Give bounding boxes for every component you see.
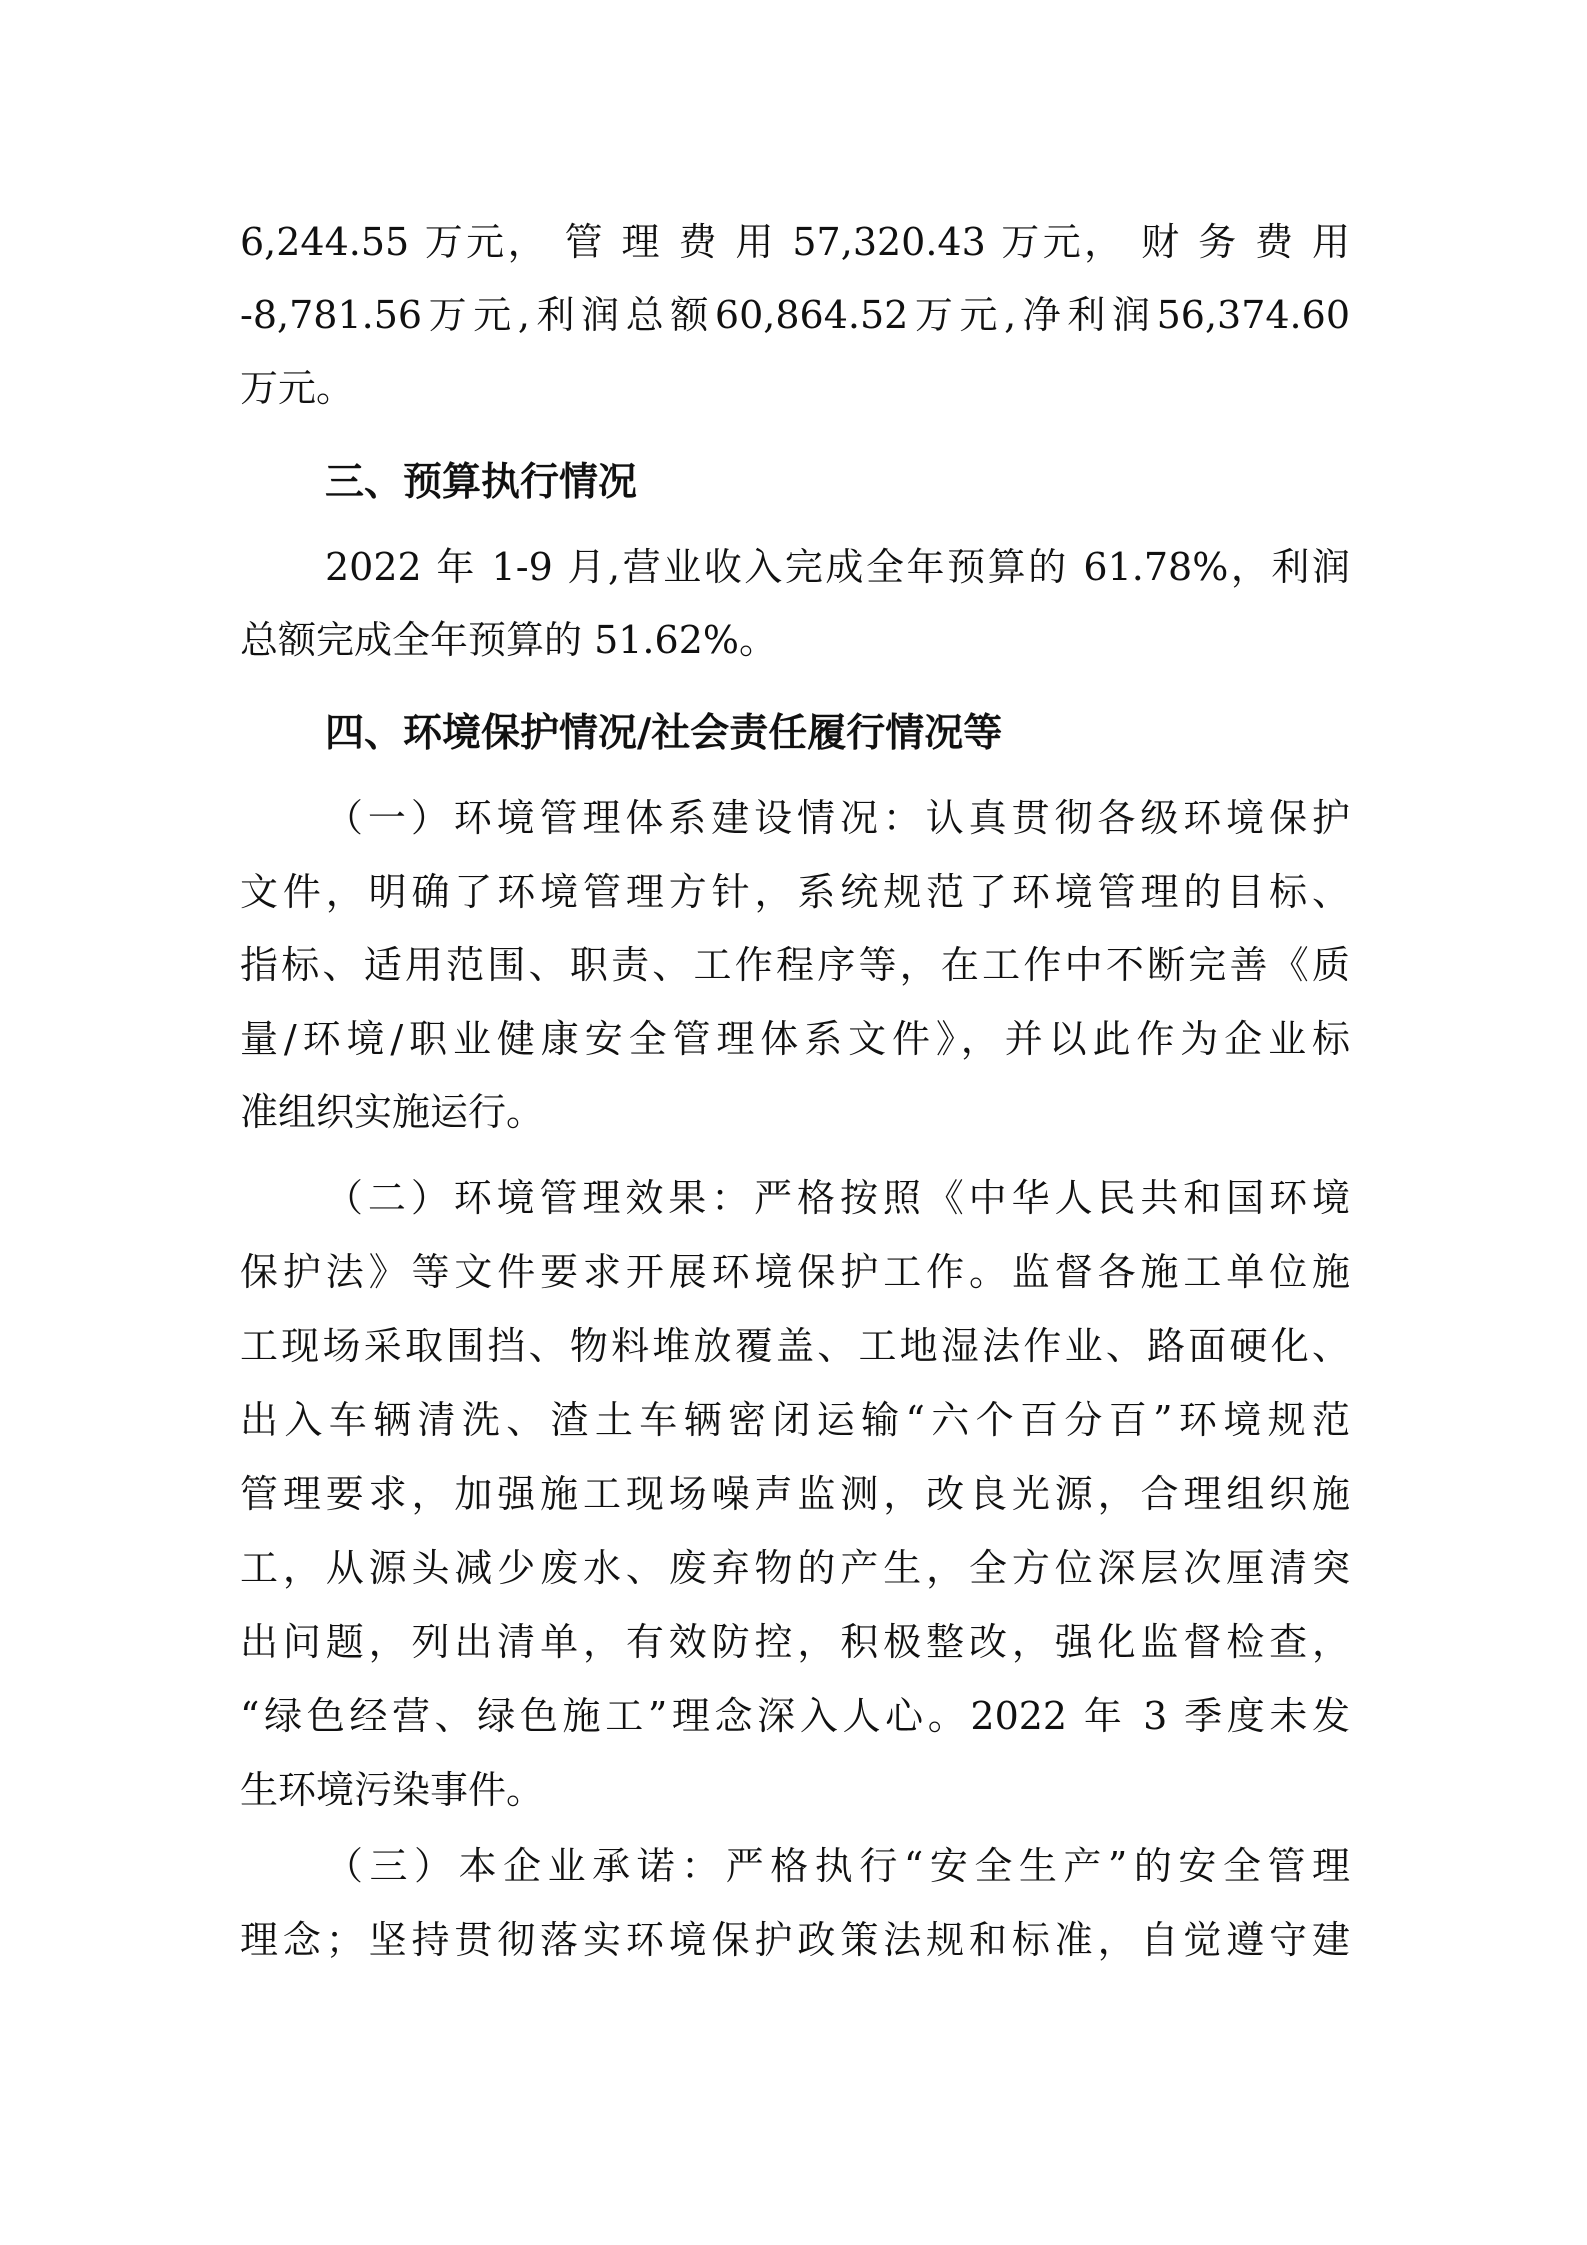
body-line: 指标、适用范围、职责、工作程序等，在工作中不断完善《质 <box>240 937 1350 993</box>
document-page: 6,244.55 万元， 管 理 费 用 57,320.43 万元， 财 务 费… <box>0 0 1587 2245</box>
body-line: 万元。 <box>240 360 1350 416</box>
section-heading-budget-execution: 三、预算执行情况 <box>325 455 1350 511</box>
body-line: （一）环境管理体系建设情况：认真贯彻各级环境保护 <box>325 790 1350 846</box>
body-line: 保护法》等文件要求开展环境保护工作。监督各施工单位施 <box>240 1244 1350 1300</box>
body-line: 2022 年 1-9 月,营业收入完成全年预算的 61.78%，利润 <box>325 539 1350 595</box>
body-line: 量/环境/职业健康安全管理体系文件》，并以此作为企业标 <box>240 1011 1350 1067</box>
body-line: （二）环境管理效果：严格按照《中华人民共和国环境 <box>325 1170 1350 1226</box>
body-line: 总额完成全年预算的 51.62%。 <box>240 612 1350 668</box>
body-line: 理念；坚持贯彻落实环境保护政策法规和标准，自觉遵守建 <box>240 1912 1350 1968</box>
body-line: 工现场采取围挡、物料堆放覆盖、工地湿法作业、路面硬化、 <box>240 1318 1350 1374</box>
section-heading-environment-social-responsibility: 四、环境保护情况/社会责任履行情况等 <box>325 706 1350 762</box>
body-line: （三）本企业承诺：严格执行“安全生产”的安全管理 <box>325 1838 1350 1894</box>
body-line: 文件，明确了环境管理方针，系统规范了环境管理的目标、 <box>240 864 1350 920</box>
body-line: 出问题，列出清单，有效防控，积极整改，强化监督检查， <box>240 1614 1350 1670</box>
body-line: 6,244.55 万元， 管 理 费 用 57,320.43 万元， 财 务 费… <box>240 214 1350 270</box>
body-line: -8,781.56万元,利润总额60,864.52万元,净利润56,374.60 <box>240 287 1350 343</box>
body-line: 准组织实施运行。 <box>240 1084 1350 1140</box>
body-line: 工，从源头减少废水、废弃物的产生，全方位深层次厘清突 <box>240 1540 1350 1596</box>
body-line: “绿色经营、绿色施工”理念深入人心。2022 年 3 季度未发 <box>240 1688 1350 1744</box>
body-line: 出入车辆清洗、渣土车辆密闭运输“六个百分百”环境规范 <box>240 1392 1350 1448</box>
body-line: 管理要求，加强施工现场噪声监测，改良光源，合理组织施 <box>240 1466 1350 1522</box>
body-line: 生环境污染事件。 <box>240 1762 1350 1818</box>
